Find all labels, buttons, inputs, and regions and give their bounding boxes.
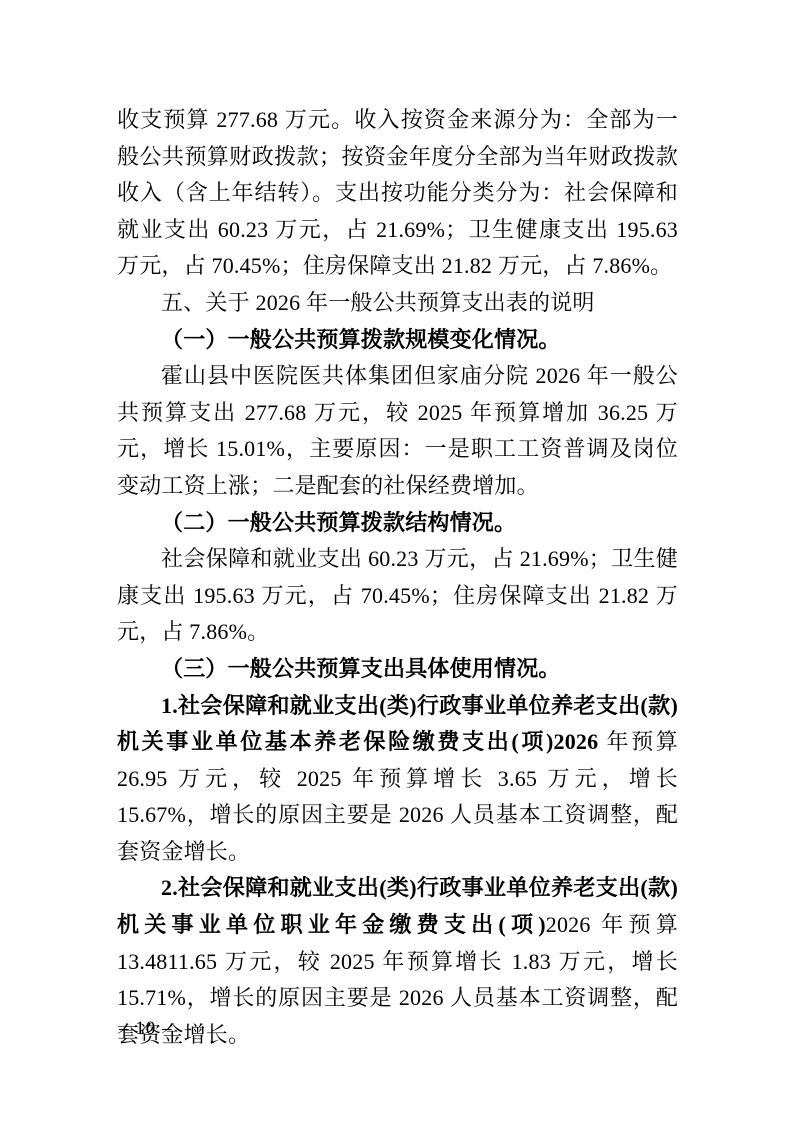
paragraph-item-2: 2.社会保障和就业支出(类)行政事业单位养老支出(款)机关事业单位职业年金缴费支… [117, 870, 678, 1053]
document-body: 收支预算 277.68 万元。收入按资金来源分为：全部为一般公共预算财政拨款；按… [117, 102, 678, 1053]
document-page: 收支预算 277.68 万元。收入按资金来源分为：全部为一般公共预算财政拨款；按… [0, 0, 793, 1122]
page-number: – 10 – [119, 1016, 173, 1042]
paragraph-scale-change: 霍山县中医院医共体集团但家庙分院 2026 年一般公共预算支出 277.68 万… [117, 358, 678, 504]
subsection-three-title: （三）一般公共预算支出具体使用情况。 [117, 651, 678, 688]
paragraph-item-1: 1.社会保障和就业支出(类)行政事业单位养老支出(款)机关事业单位基本养老保险缴… [117, 688, 678, 871]
subsection-one-title: （一）一般公共预算拨款规模变化情况。 [117, 322, 678, 359]
paragraph-budget-overview: 收支预算 277.68 万元。收入按资金来源分为：全部为一般公共预算财政拨款；按… [117, 102, 678, 285]
item-1-heading-run: 1.社会保障和就业支出(类)行政事业单位养老支出(款)机关事业单位基本养老保险缴… [117, 693, 678, 755]
subsection-two-title: （二）一般公共预算拨款结构情况。 [117, 505, 678, 542]
paragraph-structure: 社会保障和就业支出 60.23 万元，占 21.69%；卫生健康支出 195.6… [117, 541, 678, 651]
section-five-title: 五、关于 2026 年一般公共预算支出表的说明 [117, 285, 678, 322]
